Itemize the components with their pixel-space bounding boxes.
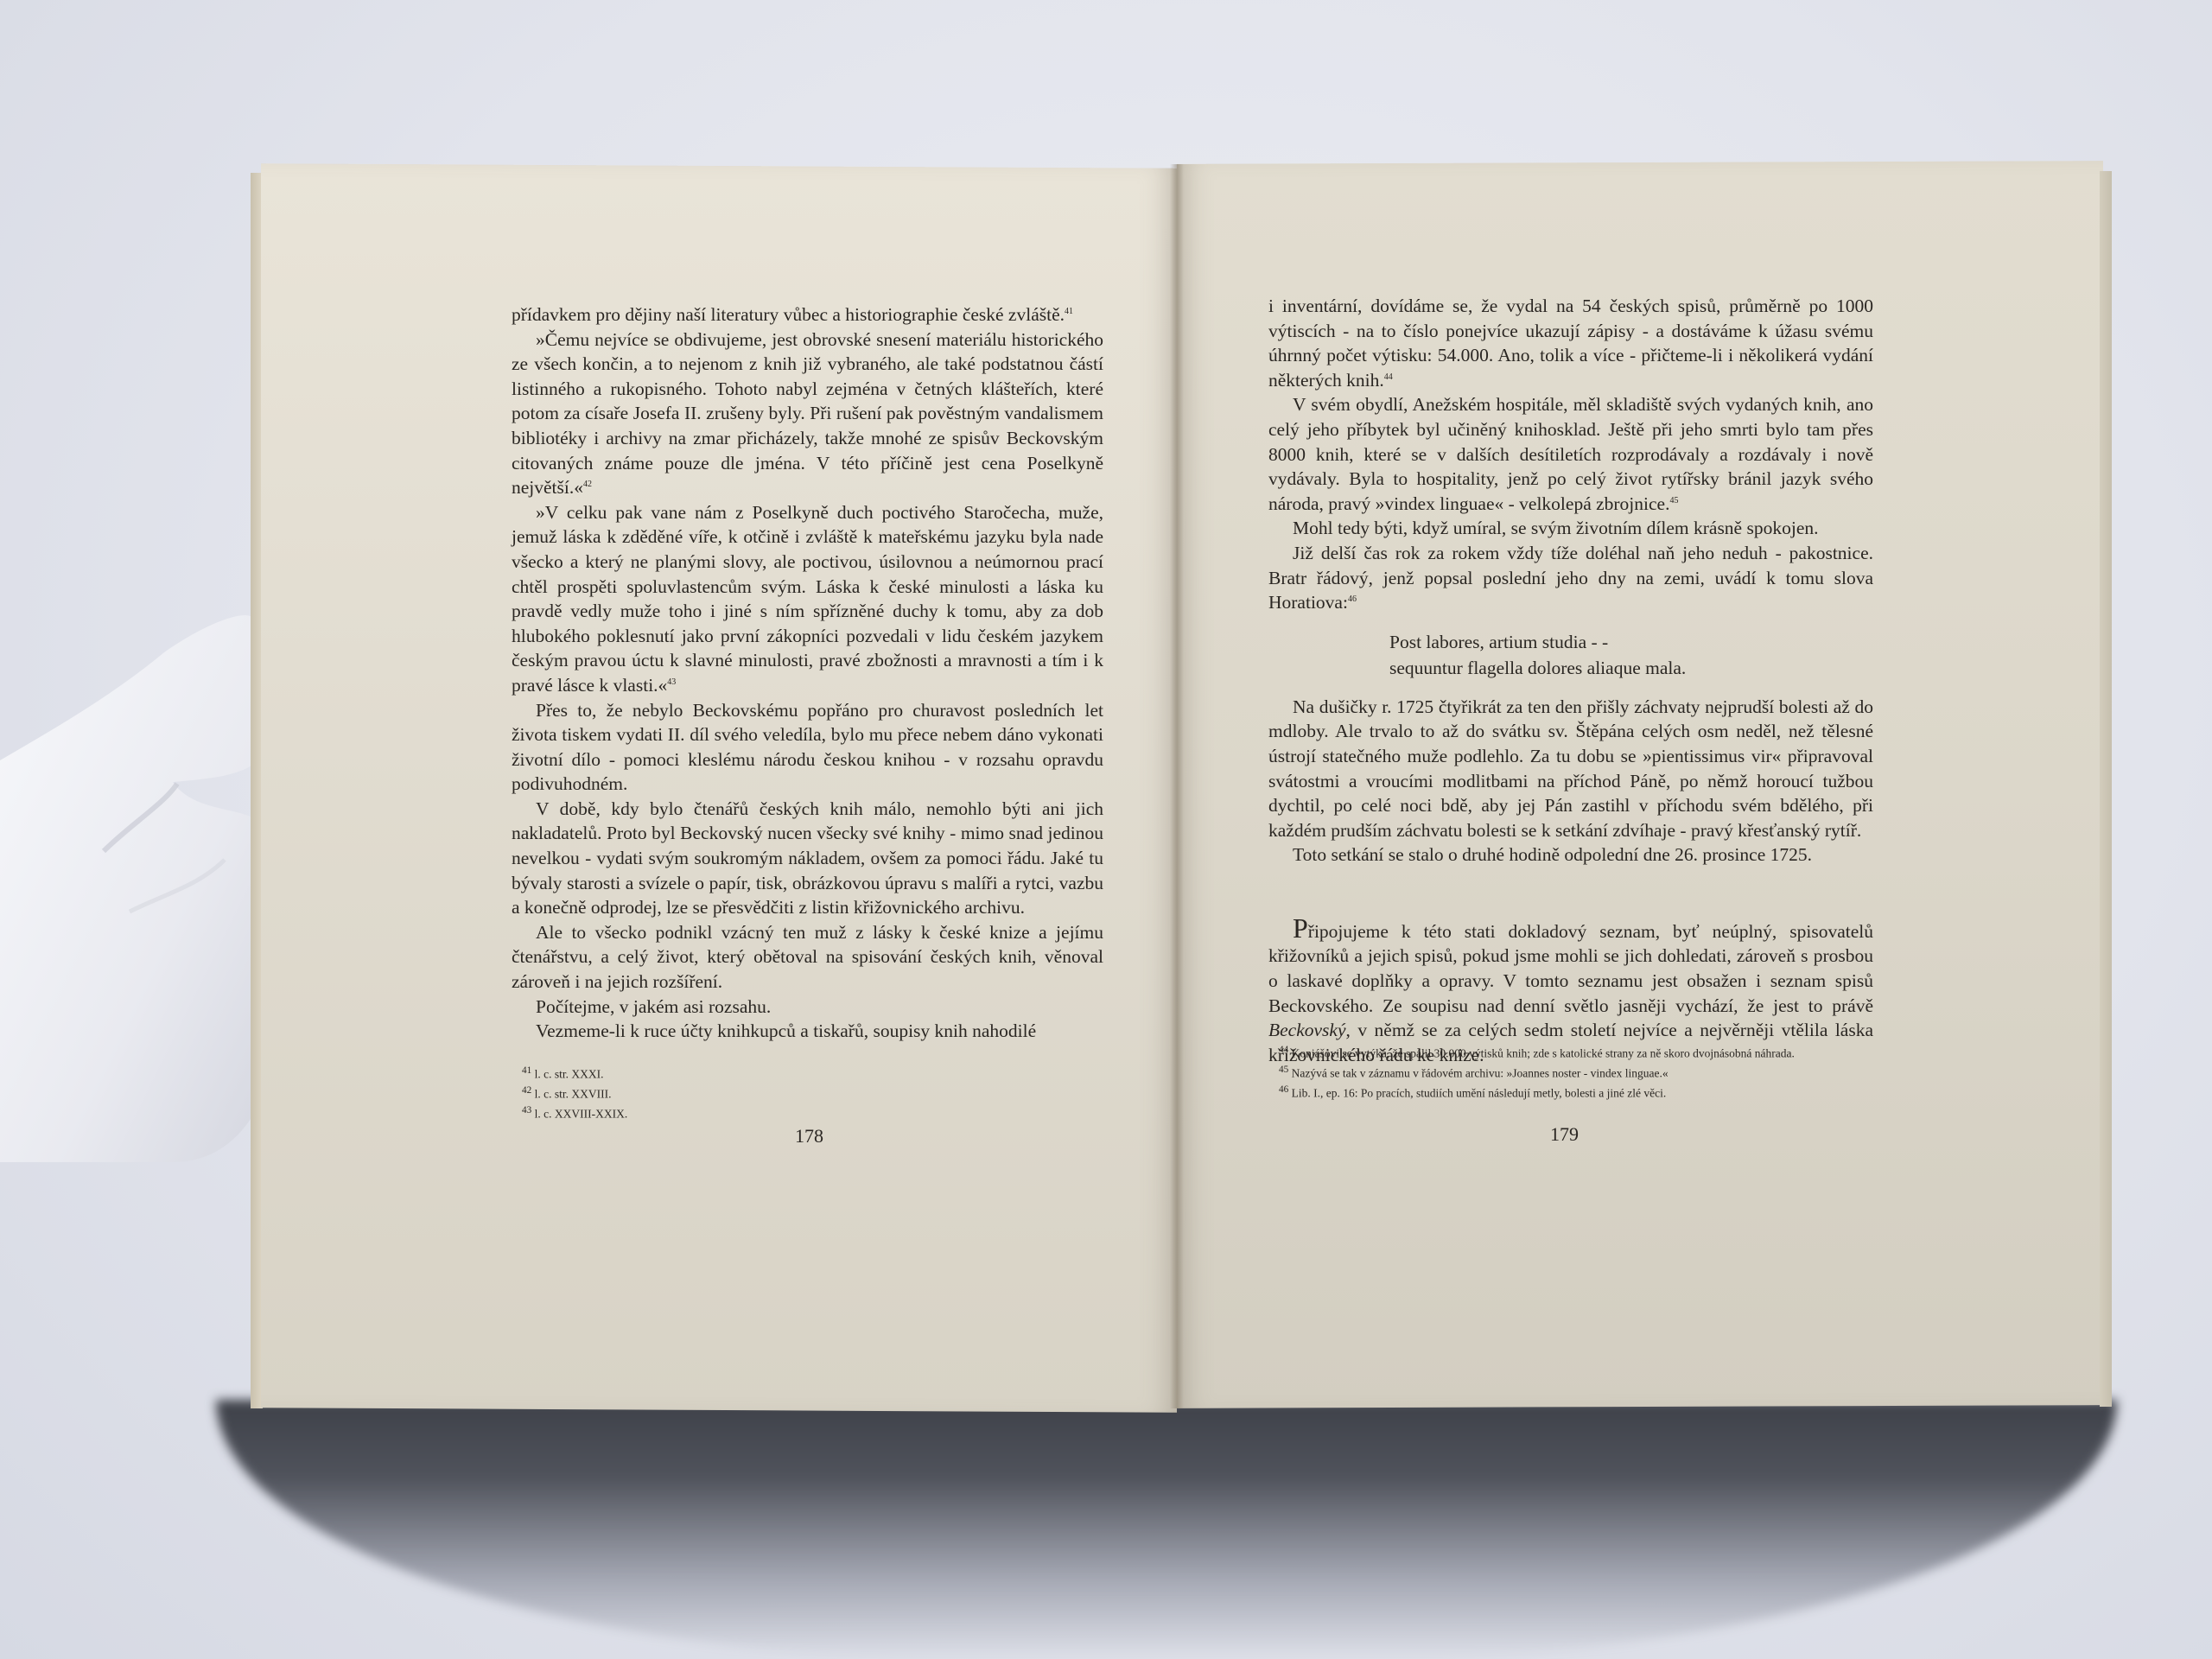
paragraph: přídavkem pro dějiny naší literatury vůb… bbox=[512, 302, 1103, 327]
paragraph: »V celku pak vane nám z Poselkyně duch p… bbox=[512, 500, 1103, 698]
paragraph: Na dušičky r. 1725 čtyřikrát za ten den … bbox=[1268, 695, 1873, 843]
footnote: 45 Nazývá se tak v záznamu v řádovém arc… bbox=[1279, 1062, 1875, 1082]
latin-quotation: Post labores, artium studia - - sequuntu… bbox=[1268, 629, 1873, 681]
paragraph: Toto setkání se stalo o druhé hodině odp… bbox=[1268, 842, 1873, 868]
paragraph: »Čemu nejvíce se obdivujeme, jest obrovs… bbox=[512, 327, 1103, 500]
paragraph: Mohl tedy býti, když umíral, se svým živ… bbox=[1268, 516, 1873, 541]
paragraph: V svém obydlí, Anežském hospitále, měl s… bbox=[1268, 392, 1873, 516]
right-footnotes: 44 Koniášovi se vytýká, že spálil 30.000… bbox=[1279, 1042, 1875, 1102]
page-number-left: 178 bbox=[795, 1125, 823, 1147]
book-gutter bbox=[1170, 164, 1184, 1408]
footnote: 44 Koniášovi se vytýká, že spálil 30.000… bbox=[1279, 1042, 1875, 1062]
paragraph: Již delší čas rok za rokem vždy tíže dol… bbox=[1268, 541, 1873, 615]
right-page-body: i inventární, dovídáme se, že vydal na 5… bbox=[1268, 294, 1873, 1067]
left-page-body: přídavkem pro dějiny naší literatury vůb… bbox=[512, 302, 1103, 1044]
footnote: 41 l. c. str. XXXI. bbox=[522, 1063, 868, 1083]
left-footnotes: 41 l. c. str. XXXI. 42 l. c. str. XXVIII… bbox=[522, 1063, 868, 1122]
page-number-right: 179 bbox=[1550, 1123, 1579, 1146]
paragraph: V době, kdy bylo čtenářů českých knih má… bbox=[512, 797, 1103, 920]
right-page-edge bbox=[2100, 171, 2112, 1407]
footnote: 42 l. c. str. XXVIII. bbox=[522, 1083, 868, 1103]
paragraph: Ale to všecko podnikl vzácný ten muž z l… bbox=[512, 920, 1103, 995]
footnote: 46 Lib. I., ep. 16: Po pracích, studiích… bbox=[1279, 1082, 1875, 1102]
paragraph: Počítejme, v jakém asi rozsahu. bbox=[512, 995, 1103, 1020]
footnote: 43 l. c. XXVIII-XXIX. bbox=[522, 1103, 868, 1122]
paragraph: Přes to, že nebylo Beckovskému popřáno p… bbox=[512, 698, 1103, 797]
open-book: přídavkem pro dějiny naší literatury vůb… bbox=[0, 0, 2212, 1659]
paragraph: Vezmeme-li k ruce účty knihkupců a tiska… bbox=[512, 1019, 1103, 1044]
quotation-line: sequuntur flagella dolores aliaque mala. bbox=[1389, 655, 1873, 681]
initial-letter: P bbox=[1293, 912, 1308, 944]
quotation-line: Post labores, artium studia - - bbox=[1389, 629, 1873, 655]
paragraph: i inventární, dovídáme se, že vydal na 5… bbox=[1268, 294, 1873, 392]
